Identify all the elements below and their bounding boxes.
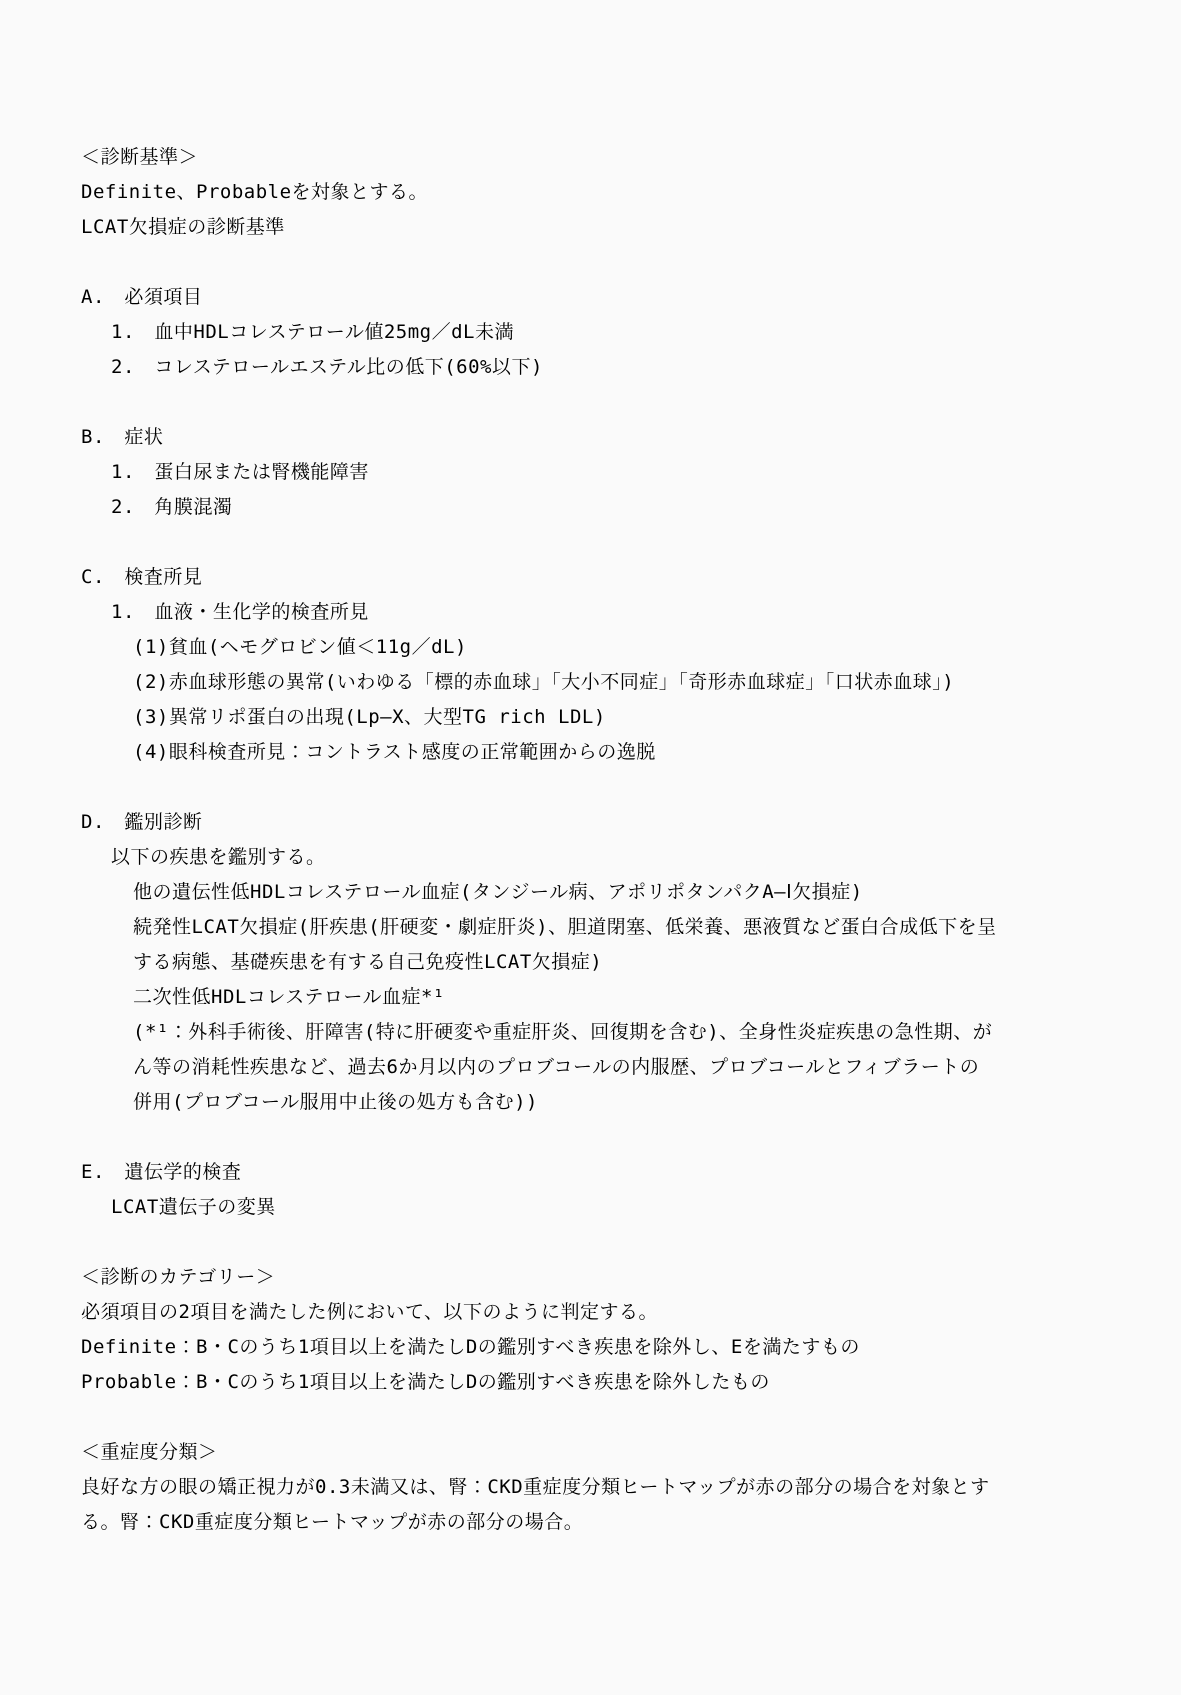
document-body: ＜診断基準＞Definite、Probableを対象とする。LCAT欠損症の診断… (81, 140, 1126, 1540)
text-line: 良好な方の眼の矯正視力が0.3未満又は、腎：CKD重症度分類ヒートマップが赤の部… (81, 1470, 1126, 1505)
text-line: Probable：B・Cのうち1項目以上を満たしDの鑑別すべき疾患を除外したもの (81, 1365, 1126, 1400)
document-page: ＜診断基準＞Definite、Probableを対象とする。LCAT欠損症の診断… (0, 0, 1181, 1695)
list-item: 1. 血液・生化学的検査所見 (81, 595, 1126, 630)
text-line: 以下の疾患を鑑別する。 (81, 840, 1126, 875)
text-line: Definite：B・Cのうち1項目以上を満たしDの鑑別すべき疾患を除外し、Eを… (81, 1330, 1126, 1365)
section-heading-d: D. 鑑別診断 (81, 805, 1126, 840)
heading-severity-classification: ＜重症度分類＞ (81, 1435, 1126, 1470)
section-heading-c: C. 検査所見 (81, 560, 1126, 595)
text-line: LCAT欠損症の診断基準 (81, 210, 1126, 245)
text-line: ん等の消耗性疾患など、過去6か月以内のプロブコールの内服歴、プロブコールとフィブ… (81, 1050, 1126, 1085)
text-line: Definite、Probableを対象とする。 (81, 175, 1126, 210)
heading-diagnostic-criteria: ＜診断基準＞ (81, 140, 1126, 175)
text-line: 他の遺伝性低HDLコレステロール血症(タンジール病、アポリポタンパクA―Ⅰ欠損症… (81, 875, 1126, 910)
text-line: 必須項目の2項目を満たした例において、以下のように判定する。 (81, 1295, 1126, 1330)
list-item: 1. 血中HDLコレステロール値25mg／dL未満 (81, 315, 1126, 350)
list-item: 1. 蛋白尿または腎機能障害 (81, 455, 1126, 490)
section-heading-a: A. 必須項目 (81, 280, 1126, 315)
text-line: 続発性LCAT欠損症(肝疾患(肝硬変・劇症肝炎)、胆道閉塞、低栄養、悪液質など蛋… (81, 910, 1126, 945)
text-line: 二次性低HDLコレステロール血症*¹ (81, 980, 1126, 1015)
list-item: 2. コレステロールエステル比の低下(60%以下) (81, 350, 1126, 385)
section-heading-e: E. 遺伝学的検査 (81, 1155, 1126, 1190)
list-item: (3)異常リポ蛋白の出現(Lp―X、大型TG rich LDL) (81, 700, 1126, 735)
list-item: (1)貧血(ヘモグロビン値＜11g／dL) (81, 630, 1126, 665)
text-line: 併用(プロブコール服用中止後の処方も含む)) (81, 1085, 1126, 1120)
section-heading-b: B. 症状 (81, 420, 1126, 455)
text-line: る。腎：CKD重症度分類ヒートマップが赤の部分の場合。 (81, 1505, 1126, 1540)
list-item: 2. 角膜混濁 (81, 490, 1126, 525)
list-item: (4)眼科検査所見：コントラスト感度の正常範囲からの逸脱 (81, 735, 1126, 770)
list-item: (2)赤血球形態の異常(いわゆる「標的赤血球」「大小不同症」「奇形赤血球症」「口… (81, 665, 1126, 700)
text-line: (*¹：外科手術後、肝障害(特に肝硬変や重症肝炎、回復期を含む)、全身性炎症疾患… (81, 1015, 1126, 1050)
text-line: する病態、基礎疾患を有する自己免疫性LCAT欠損症) (81, 945, 1126, 980)
heading-diagnosis-category: ＜診断のカテゴリー＞ (81, 1260, 1126, 1295)
text-line: LCAT遺伝子の変異 (81, 1190, 1126, 1225)
